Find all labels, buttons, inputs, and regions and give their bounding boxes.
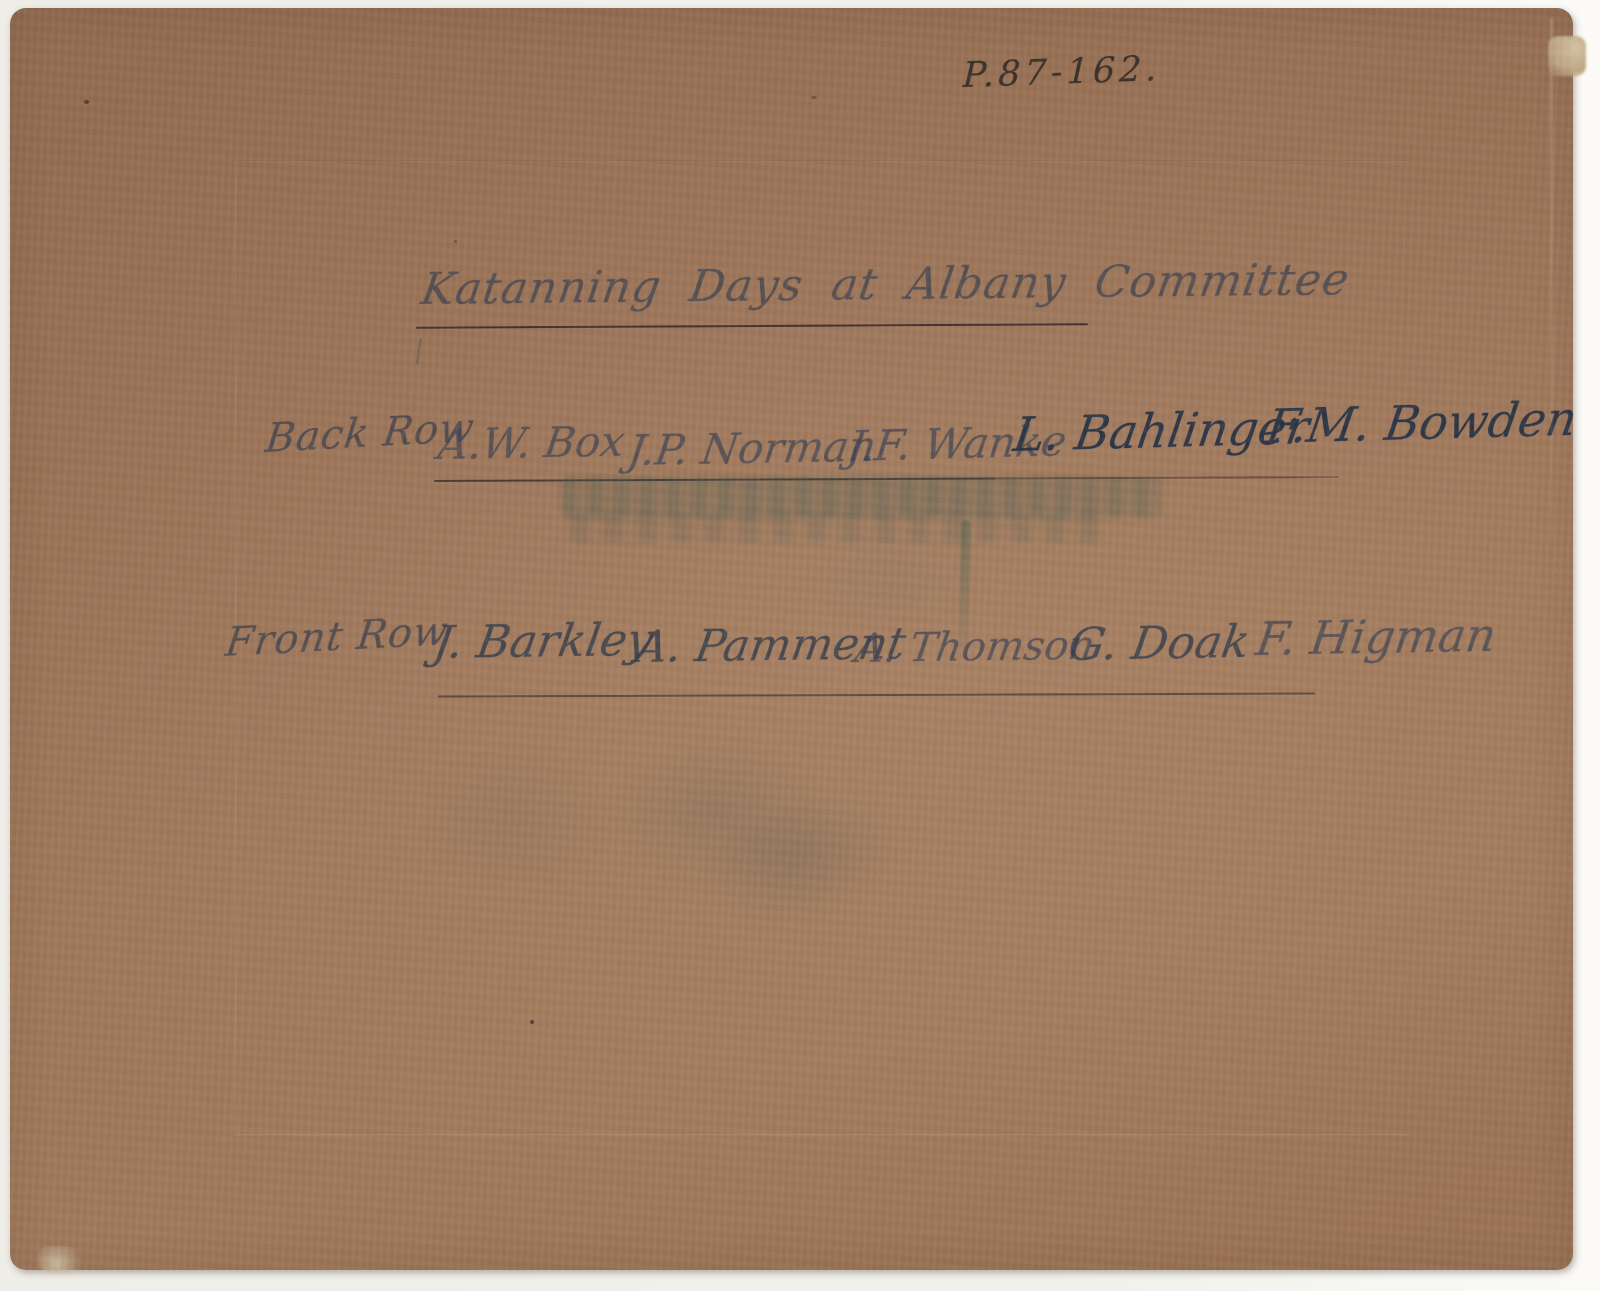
photo-title: Katanning Days at Albany Committee <box>418 254 1353 315</box>
front-row-name-barkley: J. Barkley <box>430 613 657 669</box>
back-row-name-bowden: F.M. Bowden <box>1263 392 1581 455</box>
paper-speck <box>454 240 457 243</box>
paper-speck <box>530 1020 534 1024</box>
back-row-name-box: A.W. Box <box>435 417 628 469</box>
front-row-name-higman: F. Higman <box>1253 608 1500 666</box>
back-row-name-norman: J.P. Norman <box>625 422 879 475</box>
photo-back-card: P.87-162. Katanning Days at Albany Commi… <box>10 8 1573 1270</box>
corner-wear-bottom-left <box>38 1246 84 1272</box>
front-row-name-doak: G. Doak <box>1065 615 1254 671</box>
archive-number: P.87-162. <box>962 49 1161 96</box>
paper-crease <box>1550 18 1553 538</box>
paper-speck <box>811 96 817 99</box>
paper-speck <box>84 100 89 104</box>
front-row-name-thomson: A. Thomson <box>852 623 1098 672</box>
corner-wear-top-right <box>1548 36 1586 76</box>
scan-background: P.87-162. Katanning Days at Albany Commi… <box>0 0 1600 1291</box>
